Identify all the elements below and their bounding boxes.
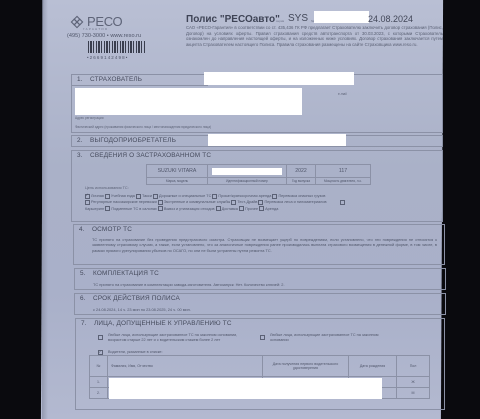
checkbox[interactable] [239,206,244,211]
row-number: 2. [90,388,108,399]
usage-option-training[interactable]: Учебная езда [105,194,135,198]
usage-options: Личная Учебная езда Такси Дорожные и спе… [85,193,425,212]
section-title: СТРАХОВАТЕЛЬ [90,76,142,83]
section-title: СРОК ДЕЙСТВИЯ ПОЛИСА [93,295,180,302]
policyholder-name-redacted [204,72,354,85]
section-equipment: 5.КОМПЛЕКТАЦИЯ ТС ТС принято на страхова… [74,268,446,290]
vehicle-model: SUZUKI VITARA [147,165,208,178]
option-label: Регулярные пассажирские перевозки [91,200,157,204]
section-header: 5.КОМПЛЕКТАЦИЯ ТС [75,269,445,279]
checkbox[interactable] [231,200,236,205]
option-label: Подменные ТС в салонах [111,207,156,211]
option-label: Любые лица, использующие застрахованное … [270,333,390,343]
section-number: 4. [79,225,92,235]
policyholder-details-redacted [75,88,302,115]
vehicle-table: SUZUKI VITARA 2022 117 Марка, модель Иде… [146,164,371,185]
section-header: 4.ОСМОТР ТС [74,225,444,235]
checkbox[interactable] [272,194,277,199]
reso-logo-icon [70,15,84,29]
usage-option-dangerous-cargo[interactable]: Перевозка опасных грузов [272,194,325,198]
contact-phone-site: (495) 730-3000 • www.reso.ru [67,33,141,39]
option-label: Личная [91,194,104,198]
option-label: Аренда [265,207,278,211]
row-number: 1. [90,377,108,388]
usage-option-personal[interactable]: Личная [85,194,104,198]
option-label: Экстренные и коммунальные службы [164,200,230,204]
checkbox[interactable] [259,206,264,211]
equipment-text: ТС принято на страхование в комплектации… [93,282,285,287]
option-label: Доставка [222,207,238,211]
series-label: серия [276,19,284,23]
checkbox[interactable] [258,200,263,205]
checkbox[interactable] [136,194,141,199]
usage-option-delivery[interactable]: Доставка [216,207,238,211]
email-label: e-mail [338,92,347,96]
policy-intro-text: САО «РЕСО-Гарантия» в соответствии со ст… [186,25,443,47]
validity-period: с 24.08.2024, 14 ч. 23 мин по 23.08.2025… [93,307,191,312]
vin-label: Идентификационный номер [208,178,287,185]
section-number: 5. [80,269,93,279]
section-title: СВЕДЕНИЯ О ЗАСТРАХОВАННОМ ТС [90,152,211,159]
col-number: № [90,356,108,377]
option-label: Такси [142,194,152,198]
option-label: Любые лица, использующие застрахованное … [108,333,238,343]
checkbox[interactable] [105,194,110,199]
section-header: 3.СВЕДЕНИЯ О ЗАСТРАХОВАННОМ ТС [72,151,442,161]
usage-option-taxi[interactable]: Такси [136,194,152,198]
section-number: 2. [77,136,90,146]
checkbox[interactable] [85,200,90,205]
vehicle-power: 117 [316,165,371,178]
section-title: ВЫГОДОПРИОБРЕТАТЕЛЬ [90,137,176,144]
beneficiary-redacted [208,134,346,146]
checkbox[interactable] [105,206,110,211]
checkbox[interactable] [158,206,163,211]
option-label: Прочее [245,207,258,211]
usage-option-timber[interactable]: Перевозка леса и пиломатериалов [258,200,326,204]
policy-series: SYS [288,13,308,24]
option-label: Прокат/краткосрочная аренда [218,194,271,198]
paper-shadow [42,0,48,419]
section-title: КОМПЛЕКТАЦИЯ ТС [93,270,159,277]
usage-option-test-drive[interactable]: Тест-Драйв [231,200,257,204]
option-label: Перевозка леса и пиломатериалов [264,200,326,204]
checkbox[interactable] [340,200,345,205]
col-gender: Пол [397,356,430,377]
model-label: Марка, модель [147,178,208,185]
drivers-redacted [109,378,382,399]
usage-option-replacement[interactable]: Подменные ТС в салонах [105,207,156,211]
section-number: 6. [80,294,93,304]
col-license-date: Дата получения первого водительского удо… [263,356,349,377]
section-policyholder: 1.СТРАХОВАТЕЛЬ e-mail Адрес регистрации … [71,74,443,133]
policy-date: 24.08.2024 [368,14,413,24]
option-label: Дорожные и специальные ТС [159,194,211,198]
usage-label: Цель использования ТС: [85,186,129,190]
checkbox[interactable] [260,335,265,340]
section-inspection: 4.ОСМОТР ТС ТС принято на страхование бе… [73,224,445,265]
section-validity: 6.СРОК ДЕЙСТВИЯ ПОЛИСА с 24.08.2024, 14 … [74,293,446,315]
section-number: 3. [77,151,90,161]
usage-option-other[interactable]: Прочее [239,207,258,211]
section-beneficiary: 2.ВЫГОДОПРИОБРЕТАТЕЛЬ [71,135,443,147]
section-header: 7.ЛИЦА, ДОПУЩЕННЫЕ К УПРАВЛЕНИЮ ТС [76,319,444,329]
option-label: Каршеринг [85,207,104,211]
option-label: Перевозка опасных грузов [278,194,325,198]
barcode [88,41,146,53]
reg-address-label: Адрес регистрации [75,116,104,120]
policy-number-redacted [314,11,369,23]
usage-option-emergency[interactable]: Экстренные и коммунальные службы [158,200,230,204]
driver-gender: М [397,388,430,399]
usage-option-rental-short[interactable]: Прокат/краткосрочная аренда [212,194,271,198]
section-header: 6.СРОК ДЕЙСТВИЯ ПОЛИСА [75,294,445,304]
table-header-row: № Фамилия, Имя, Отчество Дата получения … [90,356,430,377]
fact-address-label: Фактический адрес (проживания физическог… [75,125,211,129]
checkbox[interactable] [212,194,217,199]
checkbox-checked[interactable] [85,194,90,199]
barcode-number: •2669142498• [87,55,128,60]
option-label: Тест-Драйв [237,200,257,204]
logo-subtitle: ГАРАНТИЯ [83,27,108,31]
vehicle-vin [208,165,287,178]
section-drivers: 7.ЛИЦА, ДОПУЩЕННЫЕ К УПРАВЛЕНИЮ ТС Любые… [75,318,445,410]
option-label: Учебная езда [111,194,135,198]
usage-option-passenger[interactable]: Регулярные пассажирские перевозки [85,200,157,204]
usage-option-carsharing[interactable]: Каршеринг [85,207,104,211]
checkbox[interactable] [98,335,103,340]
option-label: Вывоз и утилизация отходов [164,207,215,211]
policy-title: Полис "РЕСОавто" [186,14,280,25]
usage-option-road-special[interactable]: Дорожные и специальные ТС [153,194,211,198]
power-label: Мощность двигателя, л.с. [316,178,371,185]
section-title: ЛИЦА, ДОПУЩЕННЫЕ К УПРАВЛЕНИЮ ТС [94,320,232,327]
col-full-name: Фамилия, Имя, Отчество [108,356,263,377]
section-number: 1. [77,75,90,85]
section-title: ОСМОТР ТС [92,226,132,233]
col-birth-date: Дата рождения [349,356,397,377]
checkbox[interactable] [216,206,221,211]
section-vehicle-info: 3.СВЕДЕНИЯ О ЗАСТРАХОВАННОМ ТС SUZUKI VI… [71,150,443,222]
section-header: 1.СТРАХОВАТЕЛЬ [72,75,208,86]
checkbox[interactable] [153,194,158,199]
usage-option-lease[interactable]: Аренда [259,207,278,211]
usage-option-waste[interactable]: Вывоз и утилизация отходов [158,207,215,211]
year-label: Год выпуска [287,178,316,185]
section-number: 7. [81,319,94,329]
vehicle-year: 2022 [287,165,316,178]
option-any-22[interactable]: Любые лица, использующие застрахованное … [98,333,238,343]
driver-gender: Ж [397,377,430,388]
checkbox[interactable] [158,200,163,205]
option-any[interactable]: Любые лица, использующие застрахованное … [260,333,390,343]
inspection-text: ТС принято на страхование без проведения… [92,237,437,253]
vin-redacted [212,168,282,175]
